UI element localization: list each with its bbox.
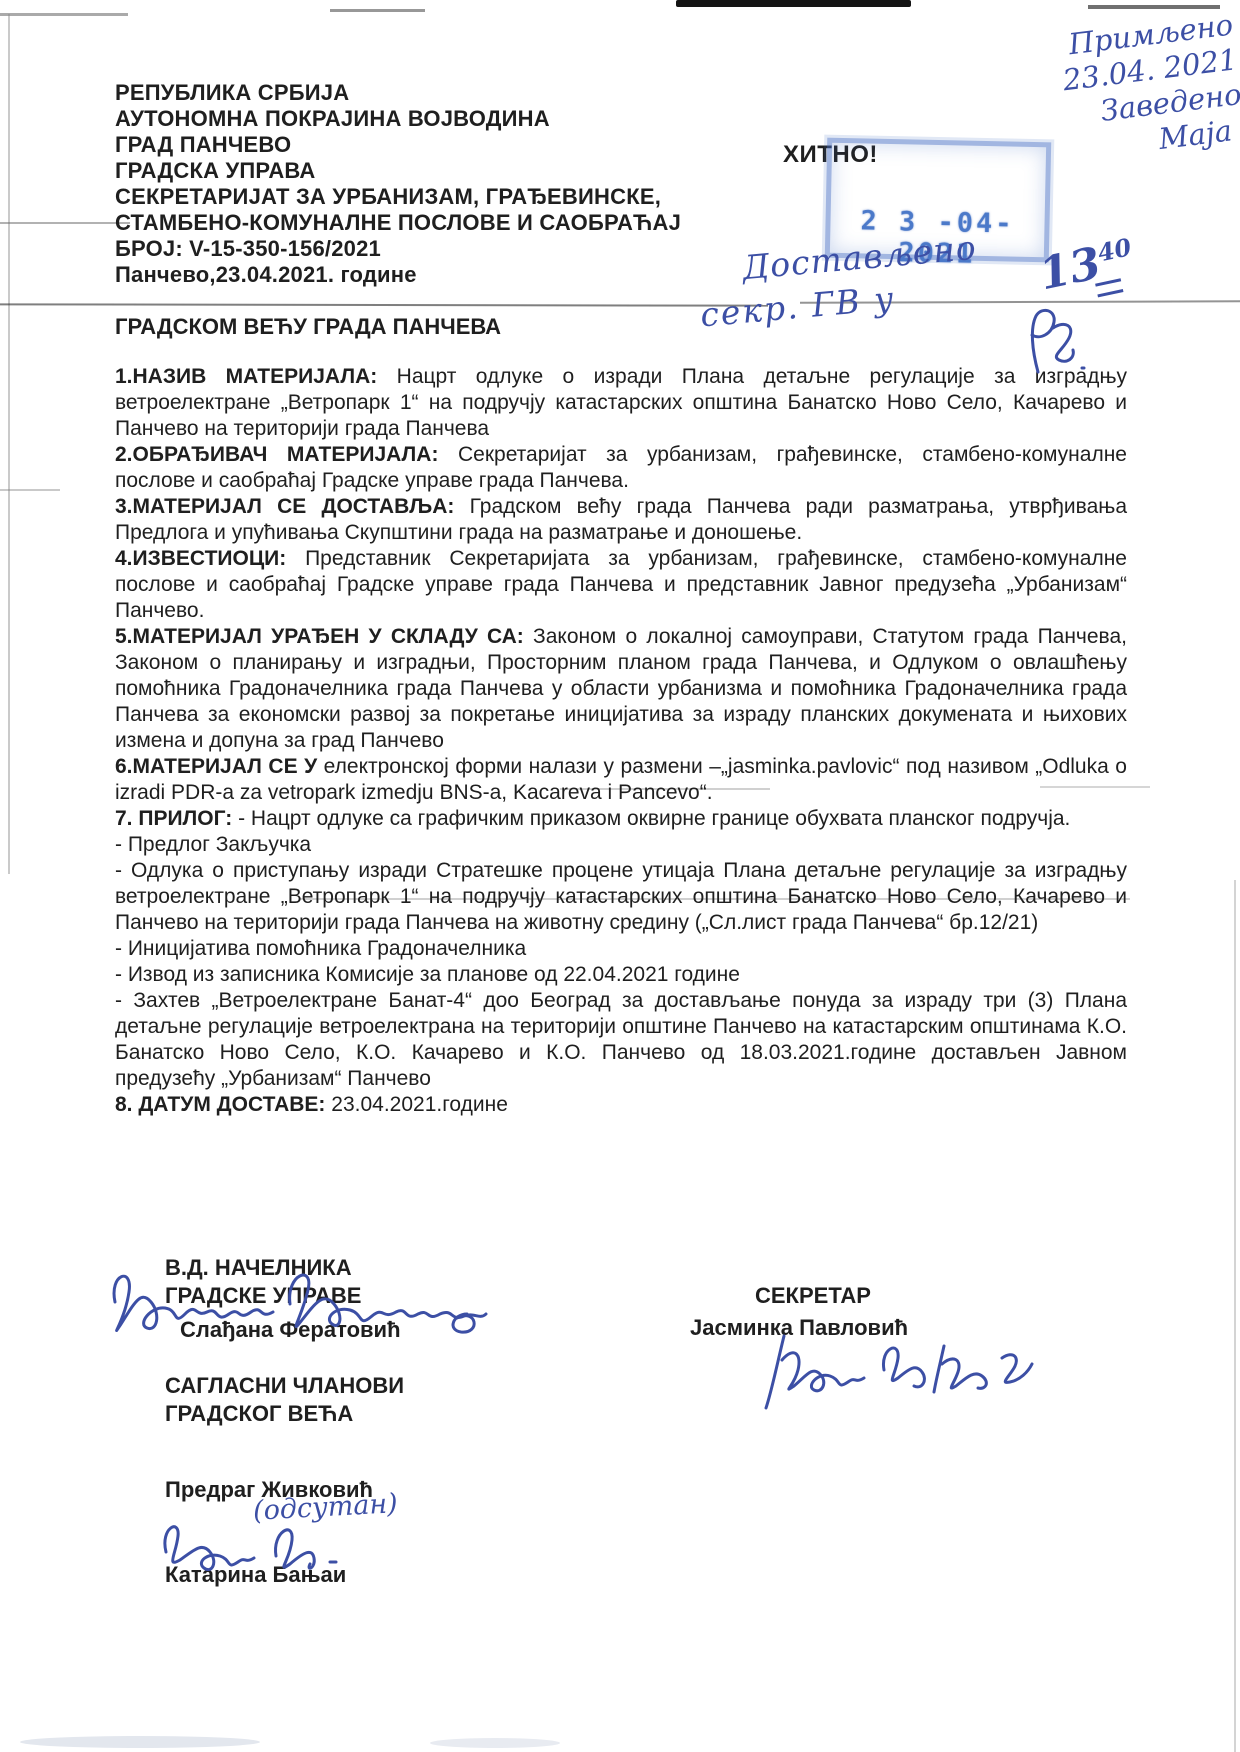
agree-members-line1: САГЛАСНИ ЧЛАНОВИ [165, 1373, 404, 1399]
scan-artifact-left-edge [8, 14, 10, 874]
agree-members-line2: ГРАДСКОГ ВЕЋА [165, 1401, 353, 1427]
attachment-item: - Захтев „Ветроелектране Банат-4“ доо Бе… [115, 988, 1127, 1092]
item-6-label: 6.МАТЕРИЈАЛ СЕ У [115, 755, 324, 778]
scan-artifact-line [0, 13, 128, 16]
item-1-label: 1.НАЗИВ МАТЕРИЈАЛА: [115, 365, 397, 388]
signature-sladjana-feratovic [105, 1262, 495, 1362]
item-4: 4.ИЗВЕСТИОЦИ:Представник Секретаријата з… [115, 546, 1127, 624]
attachment-item: - Извод из записника Комисије за планове… [115, 962, 1127, 988]
item-7-label: 7. ПРИЛОГ: [115, 807, 238, 830]
attachment-item: - Предлог Закључка [115, 832, 1127, 858]
item-6: 6.МАТЕРИЈАЛ СЕ Уелектронској форми налаз… [115, 754, 1127, 806]
document-body: 1.НАЗИВ МАТЕРИЈАЛА:Нацрт одлуке о изради… [115, 364, 1127, 1118]
item-5-label: 5.МАТЕРИЈАЛ УРАЂЕН У СКЛАДУ СА: [115, 625, 533, 648]
signature-katarina-banjai [158, 1510, 358, 1578]
item-7: 7. ПРИЛОГ:- Нацрт одлуке са графичким пр… [115, 806, 1127, 832]
signature-jasminka-pavlovic [762, 1328, 1034, 1412]
item-4-label: 4.ИЗВЕСТИОЦИ: [115, 547, 305, 570]
item-3: 3.МАТЕРИЈАЛ СЕ ДОСТАВЉА:Градском већу гр… [115, 494, 1127, 546]
right-signer-title: СЕКРЕТАР [755, 1283, 871, 1309]
paraph-initials-signature [1008, 308, 1092, 380]
attachment-item: - Одлука о приступању изради Стратешке п… [115, 858, 1127, 936]
item-8: 8. ДАТУМ ДОСТАВЕ:23.04.2021.године [115, 1092, 1127, 1118]
item-8-label: 8. ДАТУМ ДОСТАВЕ: [115, 1093, 331, 1116]
item-3-label: 3.МАТЕРИЈАЛ СЕ ДОСТАВЉА: [115, 495, 470, 518]
item-1: 1.НАЗИВ МАТЕРИЈАЛА:Нацрт одлуке о изради… [115, 364, 1127, 442]
letterhead-line: АУТОНОМНА ПОКРАЈИНА ВОЈВОДИНА [115, 106, 1127, 132]
scan-artifact-smudge [20, 1736, 260, 1748]
item-7-text: - Нацрт одлуке са графичким приказом окв… [238, 807, 1070, 830]
handwritten-time-minutes: 40 [1095, 232, 1134, 267]
letterhead-line: РЕПУБЛИКА СРБИЈА [115, 80, 1127, 106]
scanned-document-page: РЕПУБЛИКА СРБИЈА АУТОНОМНА ПОКРАЈИНА ВОЈ… [0, 0, 1240, 1752]
recipient-heading: ГРАДСКОМ ВЕЋУ ГРАДА ПАНЧЕВА [115, 314, 1127, 340]
handwritten-registration-note: Примљено 23.04. 2021 Заведено Маја [1017, 7, 1240, 172]
attachment-item: - Иницијатива помоћника Градоначелника [115, 936, 1127, 962]
scan-artifact-smudge [430, 1738, 560, 1748]
scan-artifact-line [0, 489, 60, 491]
item-8-text: 23.04.2021.године [331, 1093, 508, 1116]
handwritten-time-hour: 13 [1035, 238, 1105, 301]
item-5: 5.МАТЕРИЈАЛ УРАЂЕН У СКЛАДУ СА:Законом о… [115, 624, 1127, 754]
item-2: 2.ОБРАЂИВАЧ МАТЕРИЈАЛА:Секретаријат за у… [115, 442, 1127, 494]
scan-artifact-right-edge [1234, 880, 1236, 1752]
item-2-label: 2.ОБРАЂИВАЧ МАТЕРИЈАЛА: [115, 443, 458, 466]
scan-artifact-line [0, 222, 130, 224]
scan-artifact-top-edge [330, 9, 425, 12]
scan-artifact-top-edge [1088, 5, 1220, 9]
scan-artifact-top-edge [676, 0, 911, 7]
